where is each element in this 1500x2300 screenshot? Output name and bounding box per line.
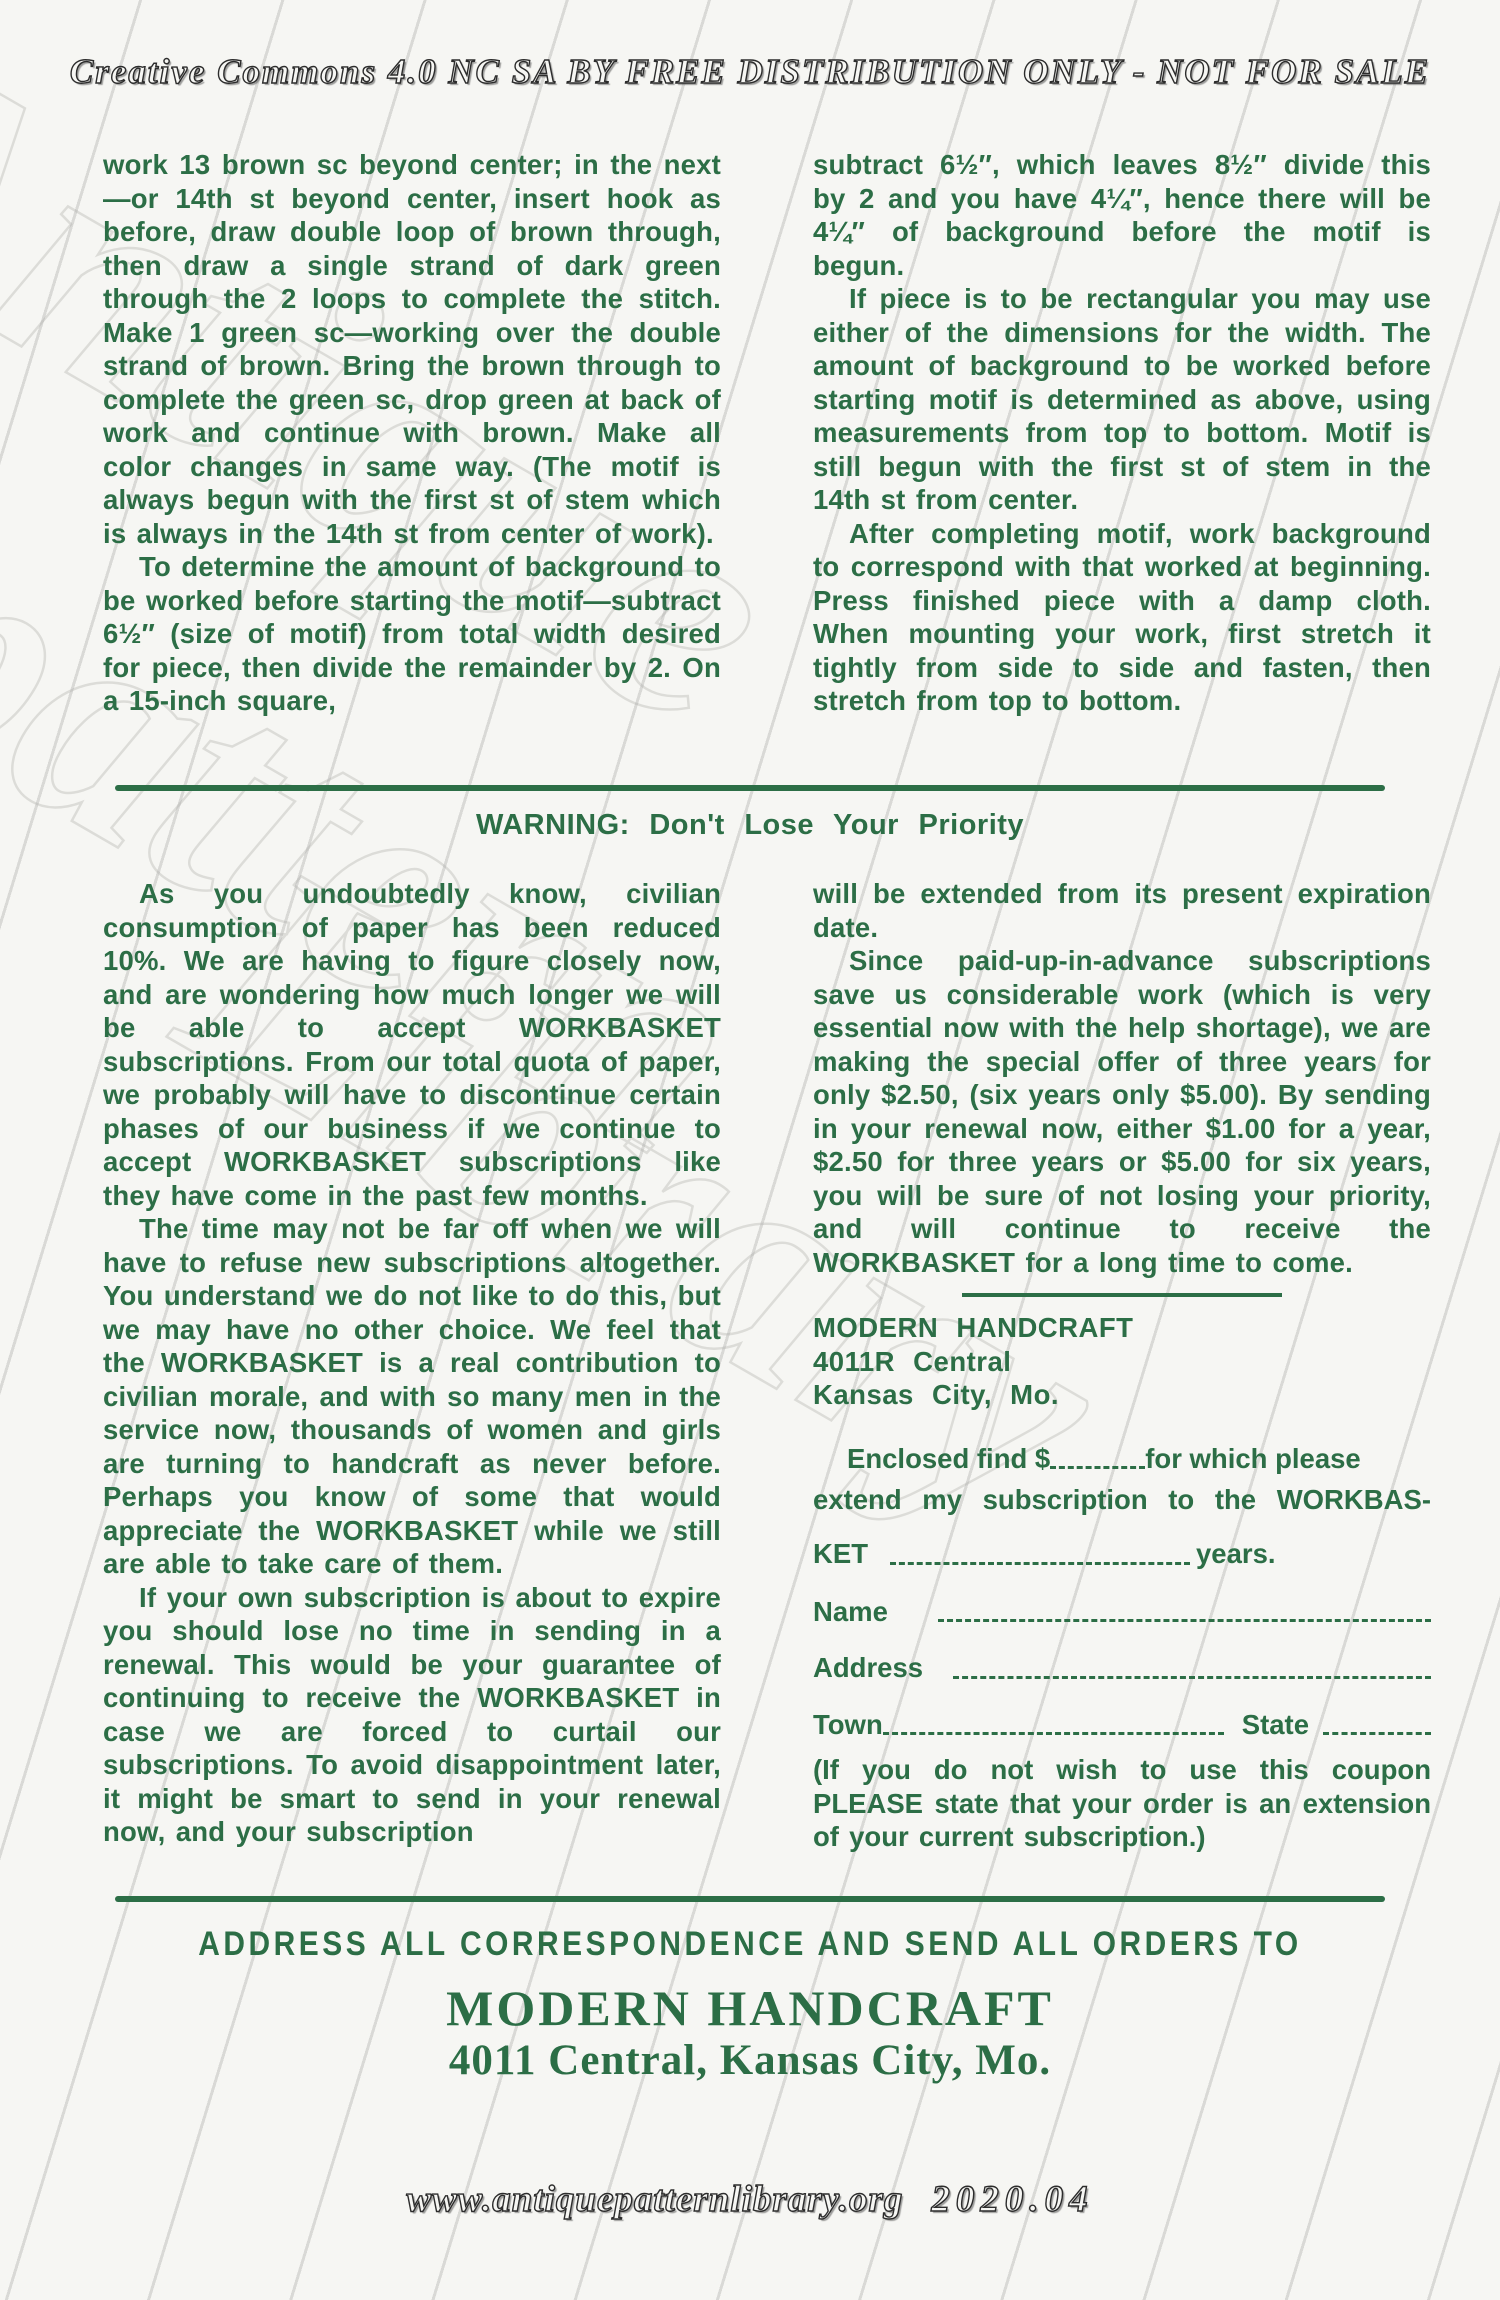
coupon-name-row: Name (813, 1595, 1431, 1629)
paragraph: If piece is to be rectangular you may us… (813, 282, 1431, 517)
license-header: Creative Commons 4.0 NC SA BY FREE DISTR… (0, 0, 1500, 92)
bottom-divider (115, 1896, 1385, 1902)
company-city: Kansas City, Mo. (813, 1378, 1431, 1412)
orders-heading: ADDRESS ALL CORRESPONDENCE AND SEND ALL … (90, 1924, 1410, 1964)
company-address-block: MODERN HANDCRAFT 4011R Central Kansas Ci… (813, 1311, 1431, 1412)
paragraph: As you undoubtedly know, civilian consum… (103, 877, 721, 1212)
instruction-section: work 13 brown sc beyond center; in the n… (0, 148, 1500, 765)
amount-blank-line (1050, 1466, 1145, 1469)
coupon-enclosed-row: Enclosed find $ for which please (813, 1442, 1431, 1476)
town-label: Town (813, 1708, 883, 1742)
paragraph: After completing motif, work background … (813, 517, 1431, 718)
state-blank-line (1323, 1732, 1431, 1735)
instruction-left-column: work 13 brown sc beyond center; in the n… (103, 148, 721, 765)
paragraph: If your own subscription is about to exp… (103, 1581, 721, 1849)
address-blank-line (953, 1676, 1431, 1679)
paragraph: work 13 brown sc beyond center; in the n… (103, 148, 721, 550)
address-label: Address (813, 1651, 923, 1685)
state-label: State (1242, 1708, 1309, 1742)
enclosed-suffix-label: for which please (1145, 1442, 1360, 1476)
warning-right-column: will be extended from its present expira… (813, 877, 1431, 1882)
enclosed-label: Enclosed find $ (847, 1442, 1050, 1476)
archive-code: 2020.04 (931, 2179, 1093, 2220)
warning-section: As you undoubtedly know, civilian consum… (0, 877, 1500, 1882)
years-blank-line (890, 1562, 1190, 1565)
orders-company-name: MODERN HANDCRAFT (0, 1980, 1500, 2036)
name-blank-line (938, 1619, 1431, 1622)
company-street: 4011R Central (813, 1345, 1431, 1379)
paragraph: Since paid-up-in-advance subscriptions s… (813, 944, 1431, 1279)
orders-company-address: 4011 Central, Kansas City, Mo. (0, 2036, 1500, 2086)
instruction-right-column: subtract 6½″, which leaves 8½″ divide th… (813, 148, 1431, 765)
coupon-town-state-row: Town State (813, 1708, 1431, 1742)
warning-left-column: As you undoubtedly know, civilian consum… (103, 877, 721, 1882)
paragraph: The time may not be far off when we will… (103, 1212, 721, 1581)
years-label: years. (1196, 1537, 1276, 1571)
town-blank-line (883, 1732, 1224, 1735)
warning-heading: WARNING: Don't Lose Your Priority (0, 807, 1500, 843)
paragraph: subtract 6½″, which leaves 8½″ divide th… (813, 148, 1431, 282)
paragraph: will be extended from its present expira… (813, 877, 1431, 944)
section-divider (115, 785, 1385, 791)
ket-label: KET (813, 1537, 868, 1571)
coupon-divider (962, 1293, 1282, 1297)
coupon-years-row: KET years. (813, 1537, 1431, 1571)
site-footer: www.antiquepatternlibrary.org2020.04 (0, 2178, 1500, 2221)
document-page: Creative Commons 4.0 NC SA BY FREE DISTR… (0, 0, 1500, 2221)
company-name: MODERN HANDCRAFT (813, 1311, 1431, 1345)
coupon-extend-line: extend my subscription to the WORKBAS- (813, 1483, 1431, 1517)
coupon-address-row: Address (813, 1651, 1431, 1685)
coupon-note: (If you do not wish to use this coupon P… (813, 1753, 1431, 1854)
name-label: Name (813, 1595, 888, 1629)
site-url: www.antiquepatternlibrary.org (406, 2179, 903, 2220)
paragraph: To determine the amount of background to… (103, 550, 721, 718)
